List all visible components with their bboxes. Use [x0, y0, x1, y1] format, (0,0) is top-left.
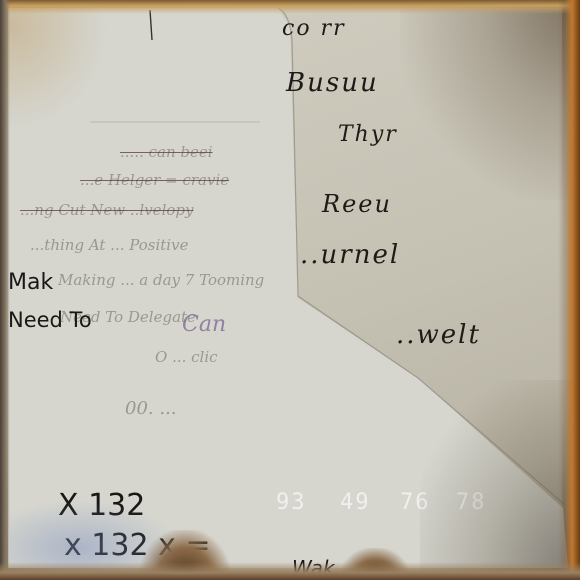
burnt-edge-top [0, 0, 580, 14]
cursive-line-6: ..welt [396, 320, 481, 350]
pencil-line-2: ...e Helger = cravie [80, 171, 229, 189]
cursive-line-1: co rr [282, 16, 346, 41]
burnt-edge-right [558, 0, 580, 580]
corner-stain-bottom-right [420, 380, 580, 580]
violet-can: Can [182, 312, 226, 337]
chalk-number-2: 49 [340, 490, 371, 515]
marker-making: Mak [8, 270, 53, 295]
pencil-line-3: ...ng Cut New ..lvelopy [20, 201, 193, 219]
pencil-line-9: 00. ... [125, 398, 177, 419]
grunge-paper-texture: ..... can beei ...e Helger = cravie ...n… [0, 0, 580, 580]
edge-bottom [0, 562, 580, 580]
helger-text: ...e Helger = cravie [80, 171, 229, 189]
cursive-line-2: Busuu [286, 68, 379, 98]
cursive-line-3: Thyr [338, 122, 398, 147]
marker-need-to: Need To [8, 308, 92, 332]
chalk-number-1: 93 [276, 490, 307, 515]
cursive-line-4: Reeu [322, 190, 392, 218]
corner-stain-top-left [0, 0, 110, 130]
pencil-line-8: O ... clic [155, 348, 218, 366]
corner-stain-top-right [400, 0, 580, 200]
pencil-line-5: Making ... a day 7 Tooming [58, 271, 264, 289]
pencil-line-1: ..... can beei [120, 143, 213, 161]
cursive-line-5: ..urnel [300, 240, 400, 270]
edge-left [0, 0, 10, 580]
pencil-line-4: ...thing At ... Positive [30, 236, 188, 254]
